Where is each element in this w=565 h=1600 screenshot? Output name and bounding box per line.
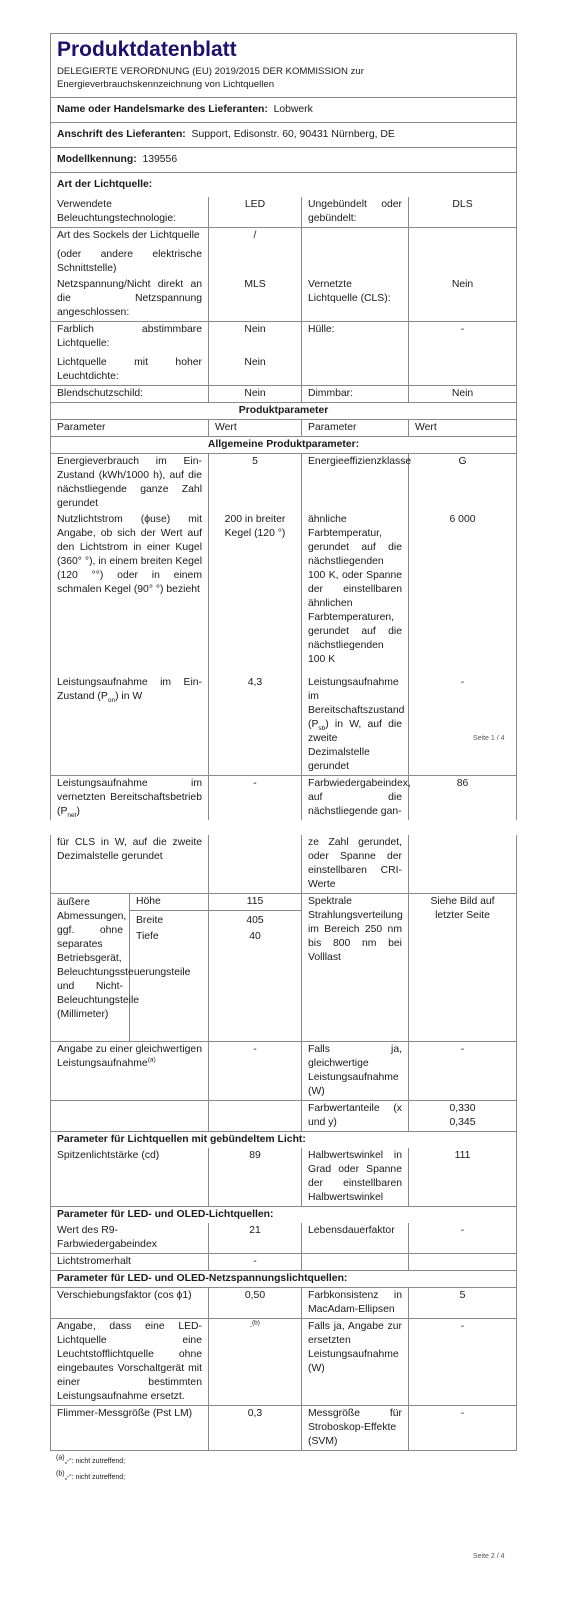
- table-row: Energieverbrauch im Ein-Zustand (kWh/100…: [51, 454, 517, 513]
- dimensions-row: äußere Abmessungen, ggf. ohne separates …: [51, 894, 517, 911]
- param-cell: Lebensdauerfaktor: [302, 1223, 409, 1254]
- column-header-row: Parameter Wert Parameter Wert: [51, 420, 517, 437]
- led-oled-heading: Parameter für LED- und OLED-Lichtquellen…: [51, 1207, 517, 1224]
- model-id-label: Modellkennung:: [57, 154, 137, 165]
- subtitle-line-2: Energieverbrauchskennzeichnung von Licht…: [57, 78, 510, 91]
- model-id-row: Modellkennung: 139556: [51, 148, 517, 173]
- value-cell: 0,3: [209, 1406, 302, 1451]
- subtitle-line-1: DELEGIERTE VERORDNUNG (EU) 2019/2015 DER…: [57, 65, 510, 78]
- param-cell: Farblich abstimmbare Lichtquelle:: [51, 322, 209, 353]
- param-cell: Nutzlichtstrom (ϕuse) mit Angabe, ob sic…: [51, 512, 209, 668]
- text: ) in W: [115, 691, 142, 702]
- page-number-1: Seite 1 / 4: [473, 732, 505, 746]
- dimension-name-height: Höhe: [130, 894, 209, 911]
- chromaticity-x: 0,330: [415, 1102, 510, 1116]
- param-cell: Lichtstromerhalt: [51, 1254, 209, 1271]
- regulation-subtitle: DELEGIERTE VERORDNUNG (EU) 2019/2015 DER…: [51, 64, 517, 98]
- value-cell: [209, 1101, 302, 1132]
- led-oled-mains-heading: Parameter für LED- und OLED-Netzspannung…: [51, 1271, 517, 1288]
- value-cell: 4,3: [209, 668, 302, 776]
- text: Angabe zu einer gleichwertigen Leistungs…: [57, 1044, 202, 1069]
- value-cell: -: [209, 1254, 302, 1271]
- param-cell: Angabe zu einer gleichwertigen Leistungs…: [51, 1042, 209, 1101]
- param-cell: Vernetzte Lichtquelle (CLS):: [302, 277, 409, 322]
- subscript: on: [108, 697, 115, 704]
- table-row: Lichtstromerhalt -: [51, 1254, 517, 1271]
- value-cell: 86: [409, 776, 517, 821]
- supplier-address-label: Anschrift des Lieferanten:: [57, 129, 186, 140]
- param-cell: Lichtquelle mit hoher Leuchtdichte:: [51, 352, 209, 386]
- value-cell: Nein: [209, 352, 302, 386]
- value-cell: 200 in breiter Kegel (120 °): [209, 512, 302, 668]
- dimension-value-height: 115: [209, 894, 302, 911]
- table-row: Spitzenlichtstärke (cd) 89 Halbwertswink…: [51, 1148, 517, 1207]
- value-cell: 21: [209, 1223, 302, 1254]
- table-row: Blendschutzschild: Nein Dimmbar: Nein: [51, 386, 517, 403]
- dimension-value-width: 405: [209, 911, 302, 930]
- table-row: Lichtquelle mit hoher Leuchtdichte: Nein: [51, 352, 517, 386]
- table-row: Netzspannung/Nicht direkt an die Netzspa…: [51, 277, 517, 322]
- footnote-b: (b)„-“: nicht zutreffend;: [56, 1469, 516, 1485]
- light-source-type-heading: Art der Lichtquelle:: [51, 173, 517, 198]
- table-row: Leistungsaufnahme im Ein-Zustand (Pon) i…: [51, 668, 517, 776]
- page-title: Produktdatenblatt: [51, 34, 517, 65]
- param-cell: Spitzenlichtstärke (cd): [51, 1148, 209, 1207]
- param-cell: Spektrale Strahlungsverteilung im Bereic…: [302, 894, 409, 1042]
- dimension-name-width: Breite: [130, 911, 209, 930]
- table-row: Verwendete Beleuchtungstechnologie: LED …: [51, 197, 517, 228]
- param-cell: Verschiebungsfaktor (cos ϕ1): [51, 1288, 209, 1319]
- value-cell: Nein: [209, 386, 302, 403]
- column-header-parameter: Parameter: [51, 420, 209, 437]
- value-cell: -: [409, 1223, 517, 1254]
- param-cell: für CLS in W, auf die zweite Dezimalstel…: [51, 835, 209, 894]
- value-cell: Nein: [209, 322, 302, 353]
- table-row: Leistungsaufnahme im vernetzten Bereitsc…: [51, 776, 517, 821]
- footnote-ref-b: (b): [252, 1320, 260, 1327]
- value-cell: Nein: [409, 277, 517, 322]
- page-2: für CLS in W, auf die zweite Dezimalstel…: [50, 835, 516, 1485]
- param-cell: [302, 1254, 409, 1271]
- supplier-name-label: Name oder Handelsmarke des Lieferanten:: [57, 104, 268, 115]
- footnote-a: (a)„-“: nicht zutreffend;: [56, 1453, 516, 1469]
- param-cell: Art des Sockels der Lichtquelle (oder an…: [51, 228, 209, 278]
- page-1: Produktdatenblatt DELEGIERTE VERORDNUNG …: [50, 33, 516, 820]
- table-row: Angabe zu einer gleichwertigen Leistungs…: [51, 1042, 517, 1101]
- value-cell: 89: [209, 1148, 302, 1207]
- datasheet-table-page-2: für CLS in W, auf die zweite Dezimalstel…: [50, 835, 517, 1451]
- param-cell: Leistungsaufnahme im vernetzten Bereitsc…: [51, 776, 209, 821]
- param-cell: Falls ja, gleichwertige Leistungsaufnahm…: [302, 1042, 409, 1101]
- table-row: Angabe, dass eine LED-Lichtquelle eine L…: [51, 1319, 517, 1406]
- param-cell: Hülle:: [302, 322, 409, 353]
- param-cell: Farbwiedergabeindex, auf die nächstliege…: [302, 776, 409, 821]
- supplier-name-value: Lobwerk: [274, 104, 313, 115]
- param-cell: Leistungsaufnahme im Bereitschaftszustan…: [302, 668, 409, 776]
- supplier-name-row: Name oder Handelsmarke des Lieferanten: …: [51, 98, 517, 123]
- table-row: Farbwertanteile (x und y) 0,330 0,345: [51, 1101, 517, 1132]
- footnote-mark: (a): [56, 1454, 65, 1461]
- value-cell: Siehe Bild auf letzter Seite: [409, 894, 517, 1042]
- param-cell: ze Zahl gerundet, oder Spanne der einste…: [302, 835, 409, 894]
- value-cell: 111: [409, 1148, 517, 1207]
- value-cell: -: [409, 1042, 517, 1101]
- value-cell: -: [409, 322, 517, 353]
- dimension-name-depth: Tiefe: [130, 929, 209, 1042]
- supplier-address-value: Support, Edisonstr. 60, 90431 Nürnberg, …: [192, 129, 395, 140]
- param-cell: Blendschutzschild:: [51, 386, 209, 403]
- directional-heading: Parameter für Lichtquellen mit gebündelt…: [51, 1132, 517, 1149]
- general-params-heading: Allgemeine Produktparameter:: [51, 437, 517, 454]
- column-header-value: Wert: [209, 420, 302, 437]
- chromaticity-y: 0,345: [415, 1116, 510, 1130]
- param-cell: Leistungsaufnahme im Ein-Zustand (Pon) i…: [51, 668, 209, 776]
- value-cell: -: [209, 1042, 302, 1101]
- value-cell: [209, 835, 302, 894]
- table-row: für CLS in W, auf die zweite Dezimalstel…: [51, 835, 517, 894]
- supplier-address-row: Anschrift des Lieferanten: Support, Edis…: [51, 123, 517, 148]
- param-cell: Farbkonsistenz in MacAdam-Ellipsen: [302, 1288, 409, 1319]
- column-header-parameter: Parameter: [302, 420, 409, 437]
- footnote-mark: (b): [56, 1470, 65, 1477]
- value-cell: 5: [209, 454, 302, 513]
- product-params-heading: Produktparameter: [51, 403, 517, 420]
- param-cell: Flimmer-Messgröße (Pst LM): [51, 1406, 209, 1451]
- param-cell: ähnliche Farbtemperatur, gerundet auf di…: [302, 512, 409, 668]
- param-cell: Angabe, dass eine LED-Lichtquelle eine L…: [51, 1319, 209, 1406]
- value-cell: -: [209, 776, 302, 821]
- param-cell: Wert des R9-Farbwiedergabeindex: [51, 1223, 209, 1254]
- param-cell: [51, 1101, 209, 1132]
- param-cell: Halbwertswinkel in Grad oder Spanne der …: [302, 1148, 409, 1207]
- text: Tiefe: [136, 931, 159, 942]
- value-cell: [409, 835, 517, 894]
- value-cell: -: [409, 1319, 517, 1406]
- value-cell: Nein: [409, 386, 517, 403]
- param-cell: Energieverbrauch im Ein-Zustand (kWh/100…: [51, 454, 209, 513]
- value-cell: LED: [209, 197, 302, 228]
- text: 40: [249, 931, 261, 942]
- value-cell: [409, 1254, 517, 1271]
- column-header-value: Wert: [409, 420, 517, 437]
- page-number-2: Seite 2 / 4: [473, 1550, 505, 1564]
- datasheet-table-page-1: Produktdatenblatt DELEGIERTE VERORDNUNG …: [50, 33, 517, 820]
- value-cell: [409, 352, 517, 386]
- value-cell: 0,50: [209, 1288, 302, 1319]
- value-cell: -(b): [209, 1319, 302, 1406]
- dimension-value-depth: 40: [209, 929, 302, 1042]
- value-cell: [409, 228, 517, 278]
- param-cell: Farbwertanteile (x und y): [302, 1101, 409, 1132]
- value-cell: 6 000: [409, 512, 517, 668]
- value-cell: -: [409, 1406, 517, 1451]
- param-cell: Dimmbar:: [302, 386, 409, 403]
- table-row: Art des Sockels der Lichtquelle (oder an…: [51, 228, 517, 278]
- footnote-text: „-“: nicht zutreffend;: [65, 1474, 126, 1481]
- table-row: Verschiebungsfaktor (cos ϕ1) 0,50 Farbko…: [51, 1288, 517, 1319]
- value-cell: 0,330 0,345: [409, 1101, 517, 1132]
- value-cell: /: [209, 228, 302, 278]
- table-row: Nutzlichtstrom (ϕuse) mit Angabe, ob sic…: [51, 512, 517, 668]
- value-cell: G: [409, 454, 517, 513]
- param-cell: Verwendete Beleuchtungstechnologie:: [51, 197, 209, 228]
- model-id-value: 139556: [142, 154, 177, 165]
- text: ): [76, 806, 79, 817]
- socket-label: Art des Sockels der Lichtquelle: [57, 229, 202, 243]
- footnote-text: „-“: nicht zutreffend;: [65, 1458, 126, 1465]
- value-cell: -: [409, 668, 517, 776]
- dimensions-label: äußere Abmessungen, ggf. ohne separates …: [51, 894, 130, 1042]
- param-cell: Messgröße für Stroboskop-Effekte (SVM): [302, 1406, 409, 1451]
- footnote-ref-a: (a): [148, 1057, 156, 1064]
- table-row: Farblich abstimmbare Lichtquelle: Nein H…: [51, 322, 517, 353]
- value-cell: 5: [409, 1288, 517, 1319]
- value-cell: DLS: [409, 197, 517, 228]
- footnotes: (a)„-“: nicht zutreffend; (b)„-“: nicht …: [50, 1453, 516, 1485]
- table-row: Flimmer-Messgröße (Pst LM) 0,3 Messgröße…: [51, 1406, 517, 1451]
- socket-label-cont: (oder andere elektrische Schnittstelle): [57, 248, 202, 276]
- param-cell: Ungebündelt oder gebündelt:: [302, 197, 409, 228]
- param-cell: [302, 352, 409, 386]
- param-cell: Netzspannung/Nicht direkt an die Netzspa…: [51, 277, 209, 322]
- param-cell: Energieeffizienzklasse: [302, 454, 409, 513]
- value-cell: MLS: [209, 277, 302, 322]
- param-cell: [302, 228, 409, 278]
- table-row: Wert des R9-Farbwiedergabeindex 21 Leben…: [51, 1223, 517, 1254]
- param-cell: Falls ja, Angabe zur ersetzten Leistungs…: [302, 1319, 409, 1406]
